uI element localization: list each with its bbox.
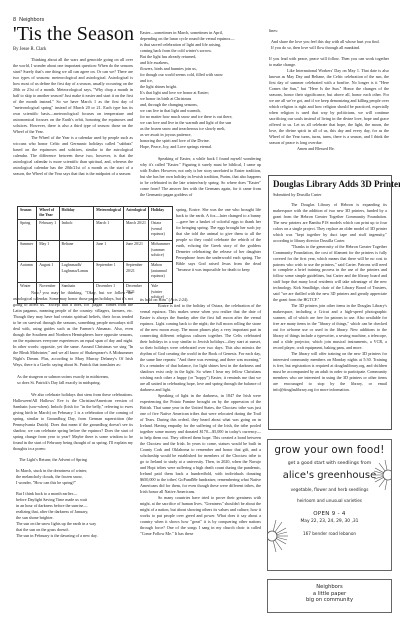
paragraph: lines:	[269, 28, 389, 34]
poem-stanza: Easter—sometimes in March, sometimes in …	[140, 30, 261, 150]
table-cell: September 1	[94, 262, 124, 283]
greenhouse-ad: grow your own food! get a good start wit…	[267, 439, 392, 571]
table-header: Holiday	[59, 207, 94, 220]
paragraph: Like International Workers' Day on May 1…	[269, 68, 389, 146]
promo-line: big on community	[268, 597, 391, 604]
paragraph: Eostre is tied to the holiday of Ostara,…	[140, 303, 261, 393]
ad-hours: OPEN 9 - 4	[268, 511, 391, 517]
table-cell: February 1	[37, 220, 59, 241]
table-cell: August 1	[37, 262, 59, 283]
table-cell: May 1	[37, 241, 59, 262]
table-cell: Autumn	[18, 262, 37, 283]
table-cell: September 20/21	[123, 262, 148, 283]
paragraph: We also celebrate holidays that stem fro…	[13, 392, 133, 452]
table-header-row: Season Wheel of the Year Holiday Meteoro…	[18, 207, 173, 220]
article-title: 'Tis the Season	[13, 23, 134, 46]
table-cell: Mabon (autumnal equinox)	[148, 262, 172, 283]
table-cell: June 1	[94, 241, 124, 262]
poem-line: Hope, Peace, Joy, and Love springs etern…	[140, 144, 261, 150]
paragraph: Now, you may be thinking, "Okay, but we …	[13, 290, 133, 368]
poem-stanza: But I think back to a month earlier— bef…	[16, 491, 133, 539]
closing-line: Amen and Blessed Be.	[269, 146, 389, 152]
library-article-byline: Submitted by Drusilla Carter	[273, 192, 387, 197]
paragraph: If you lead with peace, peace will follo…	[269, 56, 389, 68]
column-2-top: Easter—sometimes in March, sometimes in …	[140, 30, 261, 198]
table-cell: Imbolc	[59, 220, 94, 241]
table-cell: June 20/21	[123, 241, 148, 262]
column-1-bottom: Now, you may be thinking, "Okay, but we …	[13, 290, 133, 539]
table-header: Astrological	[123, 207, 148, 220]
library-article-body: The Douglas Library of Hebron is expandi…	[273, 202, 387, 393]
text-beside-table: spring, Eostre. She was the one who brou…	[176, 207, 261, 273]
library-article-box: Douglas Library Adds 3D Printers Submitt…	[268, 175, 392, 430]
paragraph: So many countries have tried to prove th…	[140, 495, 261, 537]
neighbors-promo-box: Neighbors a little paper big on communit…	[267, 579, 392, 613]
sun-icon	[373, 460, 392, 490]
paragraph: The 3D printers join other items in the …	[273, 303, 387, 351]
table-cell: March 20/21	[123, 220, 148, 241]
poem-title: The Light's Return; the Advent of Spring	[19, 457, 133, 463]
column-2-bottom: its hold on Him" (Acts 2:24). Eostre is …	[140, 297, 261, 537]
table-cell: Summer	[18, 241, 37, 262]
song-line: If you do so, then love will flow throug…	[271, 45, 389, 51]
library-article-title: Douglas Library Adds 3D Printers	[273, 179, 387, 189]
column-3: lines: And share the love you feel this …	[269, 28, 389, 152]
ad-line-2: heirloom and unusual varieties	[268, 498, 391, 503]
quote-line: so does St. Patrick's Day fall exactly i…	[17, 380, 133, 386]
table-cell: Ostara (vernal equinox)	[148, 220, 172, 241]
ad-headline: grow your own food!	[268, 444, 391, 456]
song-lyrics: And share the love you feel this day wit…	[271, 39, 389, 51]
paragraph: Thinking about all the wars and genocide…	[13, 57, 133, 135]
paragraph: Speaking of light in the darkness, in 18…	[140, 393, 261, 495]
table-row: Summer May 1 Beltane June 1 June 20/21 M…	[18, 241, 173, 262]
paragraph: Speaking of Easter, a while back I found…	[140, 156, 261, 198]
table-row: Spring February 1 Imbolc March 1 March 2…	[18, 220, 173, 241]
table-row: Autumn August 1 Lughnasadh/ Lughnasa/Lam…	[18, 262, 173, 283]
article-byline: By Jesse R. Clark	[13, 47, 46, 52]
paragraph: The Wheel of the Year is a calendar used…	[13, 135, 133, 177]
table-header: Holiday	[148, 207, 172, 220]
sun-icon	[267, 520, 288, 552]
poem-line: The sun in February is the dawning of a …	[16, 533, 133, 539]
table-cell: Lughnasadh/ Lughnasa/Lamas	[59, 262, 94, 283]
poem-line: I wonder, "How can this be spring?"	[16, 480, 133, 486]
table-cell: Beltane	[59, 241, 94, 262]
paragraph: The Douglas Library of Hebron is expandi…	[273, 202, 387, 244]
paragraph: "Thanks to the generosity of the Hebron …	[273, 244, 387, 304]
table-header: Meteorological	[94, 207, 124, 220]
quote-block: As the sturgeon or salmon swims exactly …	[17, 374, 133, 386]
table-cell: Spring	[18, 220, 37, 241]
column-1-top: Thinking about all the wars and genocide…	[13, 57, 133, 177]
paragraph: The library will offer training on the n…	[273, 351, 387, 393]
poem-stanza: In March, stuck in the dreariness of win…	[16, 468, 133, 486]
newspaper-page: 8 Neighbors 'Tis the Season By Jesse R. …	[0, 0, 400, 618]
table-cell: March 1	[94, 220, 124, 241]
promo-line: Neighbors	[268, 584, 391, 591]
table-header: Wheel of the Year	[37, 207, 59, 220]
table-header: Season	[18, 207, 37, 220]
table-cell: Midsummer (summer solstice)	[148, 241, 172, 262]
promo-line: a little paper	[268, 591, 391, 598]
